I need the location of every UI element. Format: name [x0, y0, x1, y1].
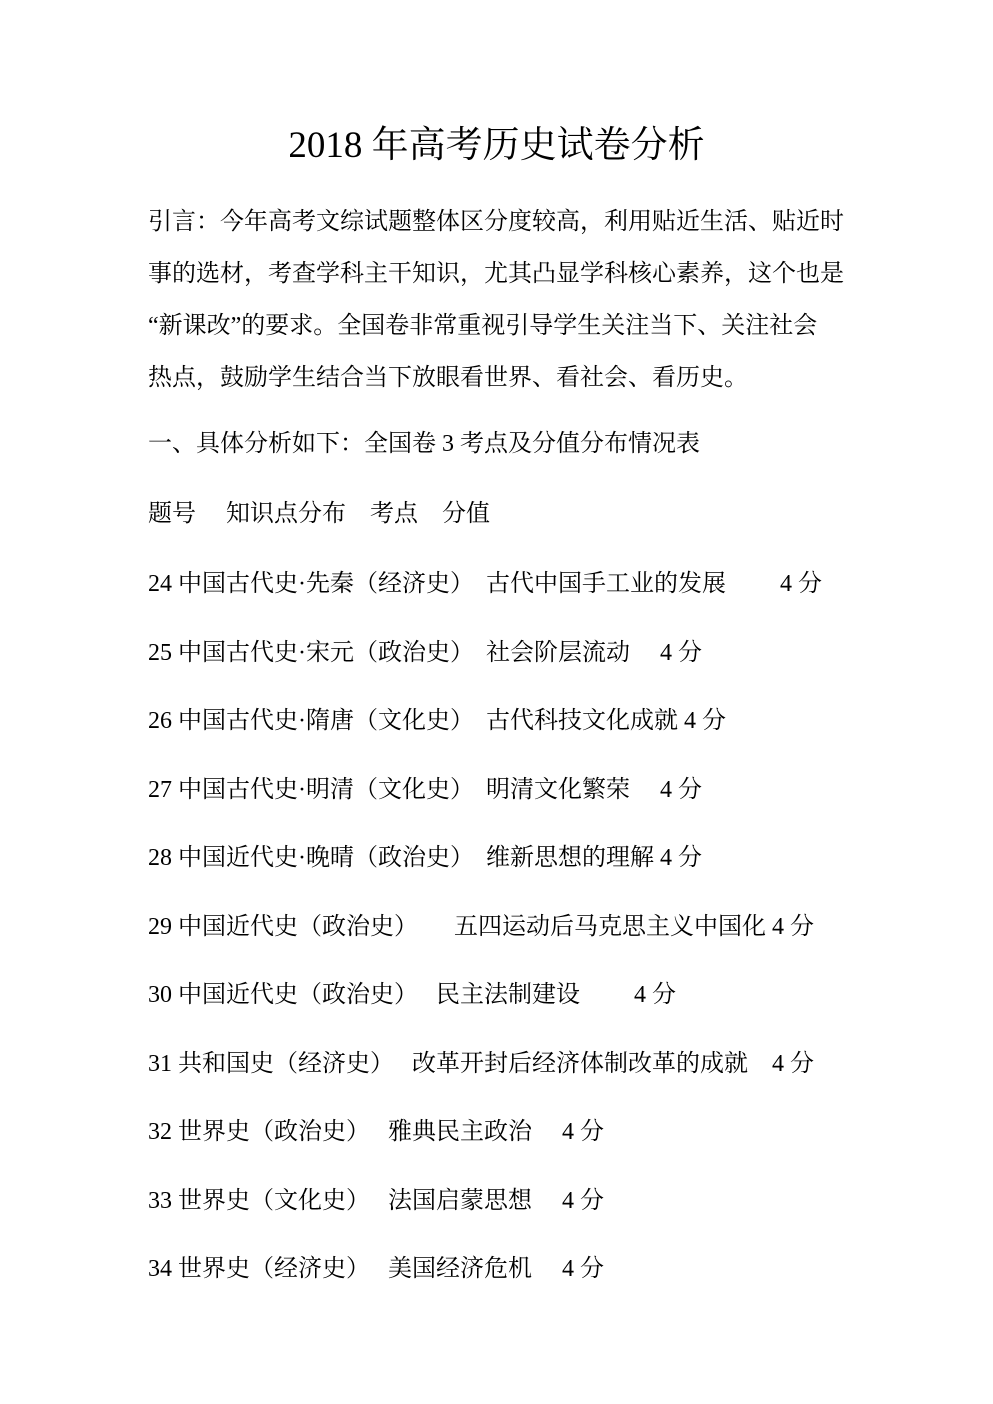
table-row: 24 中国古代史·先秦（经济史） 古代中国手工业的发展 4 分	[148, 558, 948, 610]
row-score: 4 分	[562, 1119, 604, 1145]
row-score: 4 分	[660, 845, 702, 871]
row-knowledge-point: 中国近代史（政治史）	[178, 914, 406, 940]
row-number: 31	[148, 1051, 172, 1077]
row-exam-point: 古代中国手工业的发展	[486, 571, 726, 597]
table-row: 25 中国古代史·宋元（政治史） 社会阶层流动 4 分	[148, 627, 948, 679]
row-number: 34	[148, 1256, 172, 1282]
row-score: 4 分	[684, 708, 726, 734]
row-number: 25	[148, 640, 172, 666]
row-gap	[462, 845, 486, 871]
row-score: 4 分	[562, 1256, 604, 1282]
row-number: 33	[148, 1188, 172, 1214]
header-col-point: 考点	[370, 501, 418, 527]
row-knowledge-point: 中国近代史·晚晴（政治史）	[178, 845, 462, 871]
row-gap	[580, 982, 634, 1008]
row-gap	[630, 640, 660, 666]
header-gap	[346, 501, 370, 527]
row-gap	[358, 1256, 388, 1282]
row-exam-point: 古代科技文化成就	[486, 708, 678, 734]
header-col-number: 题号	[148, 501, 196, 527]
row-score: 4 分	[634, 982, 676, 1008]
row-knowledge-point: 中国古代史·宋元（政治史）	[178, 640, 462, 666]
row-number: 30	[148, 982, 172, 1008]
table-header: 题号 知识点分布 考点 分值	[148, 488, 908, 540]
row-number: 26	[148, 708, 172, 734]
row-gap	[382, 1051, 412, 1077]
row-number: 24	[148, 571, 172, 597]
row-score: 4 分	[660, 777, 702, 803]
row-gap	[532, 1119, 562, 1145]
row-score: 4 分	[772, 1051, 814, 1077]
header-gap	[418, 501, 442, 527]
row-gap	[462, 640, 486, 666]
row-gap	[358, 1119, 388, 1145]
row-gap	[462, 777, 486, 803]
row-score: 4 分	[772, 914, 814, 940]
row-gap	[748, 1051, 772, 1077]
row-exam-point: 雅典民主政治	[388, 1119, 532, 1145]
row-gap	[726, 571, 780, 597]
table-row: 28 中国近代史·晚晴（政治史） 维新思想的理解 4 分	[148, 832, 948, 884]
table-row: 32 世界史（政治史） 雅典民主政治 4 分	[148, 1106, 948, 1158]
header-gap	[196, 501, 226, 527]
row-knowledge-point: 世界史（文化史）	[178, 1188, 358, 1214]
row-gap	[358, 1188, 388, 1214]
row-exam-point: 维新思想的理解	[486, 845, 654, 871]
row-exam-point: 社会阶层流动	[486, 640, 630, 666]
row-gap	[462, 708, 486, 734]
table-row: 34 世界史（经济史） 美国经济危机 4 分	[148, 1243, 948, 1295]
header-col-knowledge: 知识点分布	[226, 501, 346, 527]
document-page: 2018 年高考历史试卷分析 引言：今年高考文综试题整体区分度较高，利用贴近生活…	[0, 0, 993, 1404]
row-gap	[532, 1188, 562, 1214]
row-exam-point: 美国经济危机	[388, 1256, 532, 1282]
row-knowledge-point: 中国近代史（政治史）	[178, 982, 406, 1008]
table-row: 26 中国古代史·隋唐（文化史） 古代科技文化成就 4 分	[148, 695, 948, 747]
row-score: 4 分	[780, 571, 822, 597]
table-row: 27 中国古代史·明清（文化史） 明清文化繁荣 4 分	[148, 764, 948, 816]
row-knowledge-point: 中国古代史·隋唐（文化史）	[178, 708, 462, 734]
row-score: 4 分	[562, 1188, 604, 1214]
table-row: 33 世界史（文化史） 法国启蒙思想 4 分	[148, 1175, 948, 1227]
header-col-score: 分值	[442, 501, 490, 527]
section-heading: 一、具体分析如下：全国卷 3 考点及分值分布情况表	[148, 418, 908, 470]
table-row: 31 共和国史（经济史） 改革开封后经济体制改革的成就 4 分	[148, 1038, 948, 1090]
row-exam-point: 改革开封后经济体制改革的成就	[412, 1051, 748, 1077]
row-knowledge-point: 中国古代史·明清（文化史）	[178, 777, 462, 803]
row-number: 32	[148, 1119, 172, 1145]
row-knowledge-point: 中国古代史·先秦（经济史）	[178, 571, 462, 597]
row-exam-point: 五四运动后马克思主义中国化	[454, 914, 766, 940]
table-row: 30 中国近代史（政治史） 民主法制建设 4 分	[148, 969, 948, 1021]
row-gap	[406, 914, 454, 940]
row-number: 29	[148, 914, 172, 940]
intro-line: “新课改”的要求。全国卷非常重视引导学生关注当下、关注社会	[148, 300, 858, 352]
row-score: 4 分	[660, 640, 702, 666]
intro-line: 引言：今年高考文综试题整体区分度较高，利用贴近生活、贴近时	[148, 196, 858, 248]
row-number: 27	[148, 777, 172, 803]
intro-line: 热点，鼓励学生结合当下放眼看世界、看社会、看历史。	[148, 352, 858, 404]
row-exam-point: 民主法制建设	[436, 982, 580, 1008]
row-number: 28	[148, 845, 172, 871]
row-knowledge-point: 世界史（经济史）	[178, 1256, 358, 1282]
row-gap	[462, 571, 486, 597]
row-knowledge-point: 世界史（政治史）	[178, 1119, 358, 1145]
table-row: 29 中国近代史（政治史） 五四运动后马克思主义中国化 4 分	[148, 901, 948, 953]
row-exam-point: 明清文化繁荣	[486, 777, 630, 803]
row-knowledge-point: 共和国史（经济史）	[178, 1051, 382, 1077]
intro-line: 事的选材，考查学科主干知识，尤其凸显学科核心素养，这个也是	[148, 248, 858, 300]
row-gap	[630, 777, 660, 803]
intro-paragraph: 引言：今年高考文综试题整体区分度较高，利用贴近生活、贴近时 事的选材，考查学科主…	[148, 196, 858, 404]
document-title: 2018 年高考历史试卷分析	[0, 124, 993, 168]
row-gap	[532, 1256, 562, 1282]
row-exam-point: 法国启蒙思想	[388, 1188, 532, 1214]
row-gap	[406, 982, 436, 1008]
exam-table: 24 中国古代史·先秦（经济史） 古代中国手工业的发展 4 分25 中国古代史·…	[148, 558, 948, 1312]
